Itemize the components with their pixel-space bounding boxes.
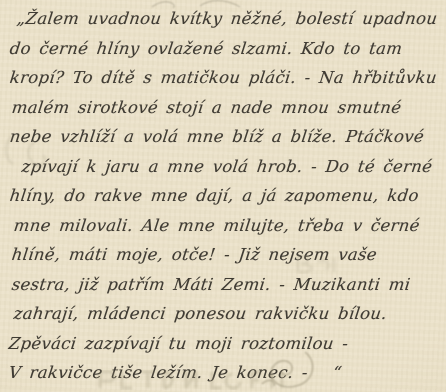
- handwritten-line: zpívají k jaru a mne volá hrob. - Do té …: [20, 152, 446, 182]
- handwritten-line: malém sirotkové stojí a nade mnou smutné: [10, 93, 446, 123]
- handwritten-text-block: „Žalem uvadnou kvítky něžné, bolestí upa…: [7, 4, 446, 388]
- handwritten-line: V rakvičce tiše ležím. Je konec. - “: [7, 358, 446, 388]
- handwritten-line: hlíny, do rakve mne dají, a já zapomenu,…: [8, 181, 446, 211]
- handwritten-line: hlíně, máti moje, otče! - Již nejsem vaš…: [10, 240, 446, 270]
- manuscript-page: „Žalem uvadnou kvítky něžné, bolestí upa…: [0, 0, 446, 392]
- handwritten-line: mne milovali. Ale mne milujte, třeba v č…: [12, 211, 446, 241]
- handwritten-line: Zpěváci zazpívají tu moji roztomilou -: [7, 329, 446, 359]
- handwritten-line: „Žalem uvadnou kvítky něžné, bolestí upa…: [15, 4, 446, 34]
- handwritten-line: do černé hlíny ovlažené slzami. Kdo to t…: [8, 34, 446, 64]
- handwritten-line: sestra, již patřím Máti Zemi. - Muzikant…: [10, 270, 446, 300]
- handwritten-line: nebe vzhlíží a volá mne blíž a blíže. Pt…: [8, 122, 446, 152]
- handwritten-line: kropí? To dítě s matičkou pláči. - Na hř…: [8, 63, 446, 93]
- handwritten-line: zahrají, mládenci ponesou rakvičku bílou…: [12, 299, 446, 329]
